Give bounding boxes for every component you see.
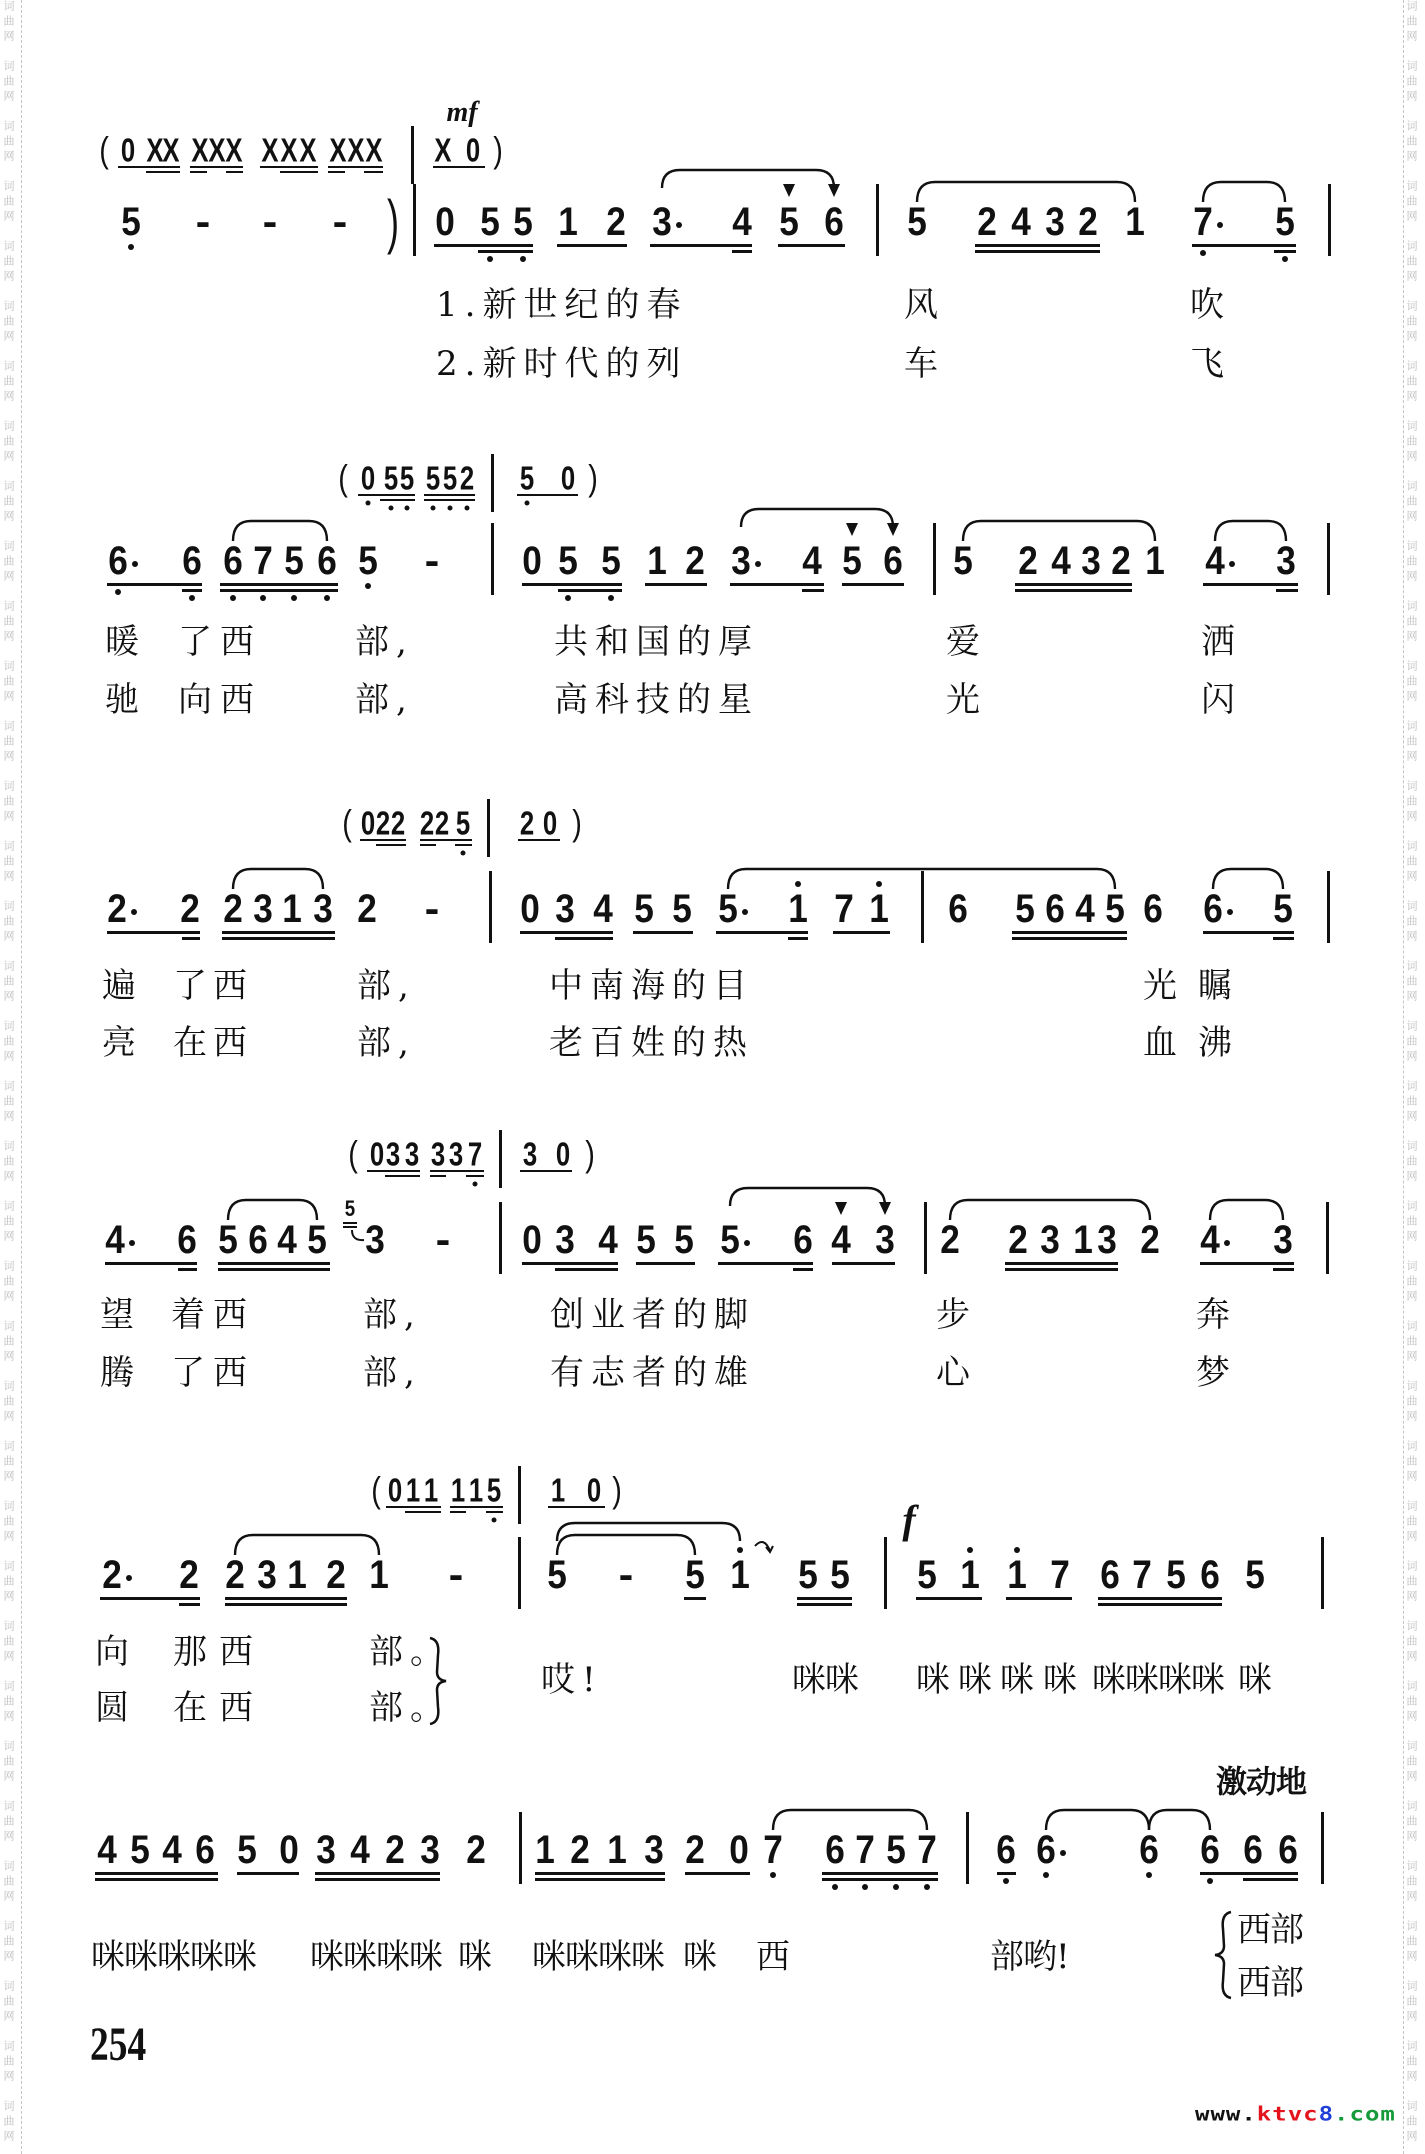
octave-dot-below <box>291 595 297 601</box>
lyric: 部, <box>357 1026 416 1060</box>
side-watermark-char: 词 <box>4 1501 15 1512</box>
note: 2 <box>685 1830 705 1870</box>
side-watermark-char: 词 <box>4 1621 15 1632</box>
side-watermark-char: 曲 <box>4 1036 15 1047</box>
side-watermark-char: 词 <box>1407 901 1418 912</box>
accent-mark <box>828 184 840 197</box>
intro-note: 3 <box>449 1138 463 1171</box>
side-watermark-char: 词 <box>4 121 15 132</box>
intro-note: X <box>146 134 163 167</box>
side-watermark-char: 曲 <box>1407 2056 1418 2067</box>
side-watermark-char: 网 <box>4 1171 15 1182</box>
rest: 0 <box>121 134 135 167</box>
duration-underline <box>430 1170 484 1172</box>
side-watermark-char: 词 <box>1407 1261 1418 1272</box>
side-watermark-char: 网 <box>4 1111 15 1122</box>
slur <box>557 1535 695 1555</box>
intro-note: 2 <box>460 462 474 495</box>
note: 3 <box>1040 1220 1060 1260</box>
side-watermark-char: 曲 <box>4 1756 15 1767</box>
duration-dash: - <box>425 541 440 581</box>
duration-underline <box>555 1268 618 1271</box>
lyric: 西 <box>220 625 254 659</box>
side-watermark-char: 网 <box>4 151 15 162</box>
note: 5 <box>237 1830 257 1870</box>
side-watermark-char: 曲 <box>1407 316 1418 327</box>
side-watermark-char: 曲 <box>4 856 15 867</box>
note: 2 <box>225 1555 245 1595</box>
note: 5 <box>1245 1555 1265 1595</box>
parenthesis: ) <box>612 1472 622 1508</box>
lyric: 沸 <box>1198 1026 1232 1060</box>
side-watermark-char: 词 <box>4 61 15 72</box>
octave-dot-below <box>260 595 266 601</box>
rest: 0 <box>361 462 375 495</box>
side-watermark-char: 曲 <box>4 1156 15 1167</box>
duration-underline <box>1005 1262 1118 1265</box>
lyric: 部, <box>355 625 414 659</box>
duration-underline <box>1015 583 1132 586</box>
note: 1 <box>788 889 808 929</box>
lyric: 咪 <box>958 1663 992 1697</box>
side-watermark-char: 网 <box>4 511 15 522</box>
duration-underline <box>434 244 533 247</box>
duration-dash: - <box>449 1555 464 1595</box>
note: 6 <box>825 1830 845 1870</box>
side-watermark-char: 曲 <box>1407 1396 1418 1407</box>
note: 5 <box>907 202 927 242</box>
accent-mark <box>879 1202 891 1215</box>
note: 1 <box>535 1830 555 1870</box>
slur <box>963 521 1155 541</box>
octave-dot-below <box>862 1884 868 1890</box>
note: 4 <box>162 1830 182 1870</box>
note: 1 <box>558 202 578 242</box>
lyric: 暖 <box>105 625 139 659</box>
slur <box>730 1188 885 1206</box>
octave-dot-above <box>967 1547 973 1553</box>
duration-underline <box>822 1872 938 1875</box>
side-watermark-char: 曲 <box>4 556 15 567</box>
side-watermark-char: 曲 <box>1407 1276 1418 1287</box>
lyric: 腾 <box>100 1356 134 1390</box>
side-watermark-char: 词 <box>1407 1801 1418 1812</box>
duration-underline <box>557 244 627 247</box>
duration-underline <box>548 1506 605 1508</box>
intro-note: X <box>261 134 278 167</box>
octave-dot-below <box>1003 1878 1009 1884</box>
side-watermark-char: 曲 <box>1407 1216 1418 1227</box>
barline <box>1327 871 1330 943</box>
side-watermark-char: 词 <box>4 781 15 792</box>
side-watermark-char: 词 <box>4 421 15 432</box>
duration-underline <box>522 583 622 586</box>
lyric: 奔 <box>1196 1298 1230 1332</box>
note: 5 <box>121 202 141 242</box>
note: 2 <box>102 1555 122 1595</box>
side-watermark-char: 词 <box>4 301 15 312</box>
side-watermark-char: 词 <box>1407 961 1418 972</box>
lyric: 高科技的星 <box>554 683 759 717</box>
side-watermark-char: 词 <box>1407 1141 1418 1152</box>
side-watermark-char: 网 <box>4 91 15 102</box>
note: 2 <box>357 889 377 929</box>
note: 3 <box>652 202 672 242</box>
intro-note: X <box>347 134 364 167</box>
note: 5 <box>685 1555 705 1595</box>
side-watermark-char: 词 <box>4 1981 15 1992</box>
rest: 0 <box>520 889 540 929</box>
barline <box>921 871 924 943</box>
duration-underline <box>315 1878 440 1881</box>
duration-dash: - <box>196 202 211 242</box>
side-watermark-char: 词 <box>4 1261 15 1272</box>
page-number: 254 <box>90 2021 146 2069</box>
note: 7 <box>1132 1555 1152 1595</box>
lyric: 咪 <box>1238 1663 1272 1697</box>
barline <box>491 454 494 512</box>
intro-note: 1 <box>469 1474 483 1507</box>
slur <box>1210 1200 1283 1220</box>
duration-underline <box>433 166 485 168</box>
duration-underline <box>179 1603 200 1606</box>
intro-note: 3 <box>405 1138 419 1171</box>
rest: 0 <box>435 202 455 242</box>
side-watermark-char: 词 <box>4 841 15 852</box>
parenthesis: ) <box>387 192 399 252</box>
note: 5 <box>886 1830 906 1870</box>
barline <box>1327 523 1330 595</box>
lyric: 共和国的厚 <box>554 625 759 659</box>
note: 6 <box>177 1220 197 1260</box>
duration-underline <box>1273 937 1294 940</box>
duration-underline <box>218 1268 330 1271</box>
side-watermark-char: 网 <box>1407 211 1418 222</box>
note: 6 <box>793 1220 813 1260</box>
duration-underline <box>1243 1878 1298 1881</box>
octave-dot-below <box>448 506 453 511</box>
lyric: 部。 <box>369 1691 451 1725</box>
side-watermark-char: 曲 <box>1407 76 1418 87</box>
augmentation-dot <box>755 561 761 567</box>
duration-underline <box>718 1262 813 1265</box>
parenthesis: ( <box>371 1472 381 1508</box>
side-watermark-char: 词 <box>1407 121 1418 132</box>
side-watermark-char: 网 <box>1407 91 1418 102</box>
note: 7 <box>1193 202 1213 242</box>
octave-dot-above <box>737 1547 743 1553</box>
note: 5 <box>558 541 578 581</box>
duration-underline <box>778 244 845 247</box>
lyric: 西 <box>219 1691 253 1725</box>
octave-dot-below <box>461 851 466 856</box>
side-watermark-char: 曲 <box>4 1816 15 1827</box>
side-watermark-char: 曲 <box>1407 376 1418 387</box>
lyric: 西 <box>213 969 247 1003</box>
side-watermark-char: 曲 <box>4 1396 15 1407</box>
note: 2 <box>107 889 127 929</box>
barline <box>518 1537 521 1609</box>
lyric: 西 <box>213 1026 247 1060</box>
duration-underline <box>685 1872 750 1875</box>
parenthesis: ) <box>588 460 598 496</box>
duration-underline <box>450 1511 466 1513</box>
duration-underline <box>797 1597 852 1600</box>
duration-underline <box>367 1170 420 1172</box>
note: 2 <box>685 541 705 581</box>
side-watermark-char: 网 <box>4 1531 15 1542</box>
duration-underline <box>430 1175 446 1177</box>
slur <box>773 1810 927 1830</box>
duration-underline <box>260 166 318 168</box>
side-watermark-char: 词 <box>4 1561 15 1572</box>
side-watermark-char: 网 <box>4 1351 15 1362</box>
rest: 0 <box>561 462 575 495</box>
side-watermark-char: 网 <box>1407 1891 1418 1902</box>
lyric: 遍 <box>102 969 136 1003</box>
note: 5 <box>1105 889 1125 929</box>
side-watermark-char: 词 <box>4 1021 15 1032</box>
duration-underline <box>376 844 406 846</box>
side-watermark-char: 曲 <box>4 1456 15 1467</box>
accent-mark <box>887 523 899 536</box>
site-watermark: www.ktvc8.com <box>1195 2104 1396 2123</box>
lyric: 亮 <box>102 1026 136 1060</box>
side-watermark-char: 曲 <box>4 1216 15 1227</box>
side-watermark-char: 曲 <box>1407 556 1418 567</box>
duration-underline <box>358 494 415 496</box>
side-watermark-char: 词 <box>1407 181 1418 192</box>
rest: 0 <box>361 807 375 840</box>
side-watermark-char: 曲 <box>4 16 15 27</box>
side-watermark-char: 曲 <box>1407 136 1418 147</box>
side-watermark-char: 词 <box>1407 1861 1418 1872</box>
barline <box>1321 1537 1324 1609</box>
duration-underline <box>420 839 472 841</box>
side-watermark-char: 网 <box>1407 451 1418 462</box>
side-watermark-char: 曲 <box>1407 436 1418 447</box>
octave-dot-below <box>366 501 371 506</box>
octave-dot-below <box>1207 1878 1213 1884</box>
side-watermark-char: 网 <box>1407 1651 1418 1662</box>
side-watermark-char: 网 <box>1407 1231 1418 1242</box>
side-watermark-char: 网 <box>4 2131 15 2142</box>
side-watermark-char: 曲 <box>4 196 15 207</box>
side-watermark-char: 网 <box>4 1411 15 1422</box>
note: 6 <box>1200 1555 1220 1595</box>
note: 3 <box>313 889 333 929</box>
side-watermark-char: 曲 <box>4 676 15 687</box>
augmentation-dot <box>131 909 137 915</box>
note: 5 <box>513 202 533 242</box>
slur <box>741 509 893 527</box>
parenthesis: ) <box>585 1136 595 1172</box>
barline <box>1328 184 1331 256</box>
note: 1 <box>647 541 667 581</box>
intro-note: 2 <box>376 807 390 840</box>
side-watermark-char: 曲 <box>1407 1156 1418 1167</box>
duration-underline <box>360 839 406 841</box>
note: 5 <box>672 889 692 929</box>
augmentation-dot <box>1217 222 1223 228</box>
note: 7 <box>1050 1555 1070 1595</box>
side-watermark-char: 曲 <box>1407 1096 1418 1107</box>
note: 7 <box>917 1830 937 1870</box>
rest: 0 <box>556 1138 570 1171</box>
right-dashed-border <box>1403 0 1404 2154</box>
side-watermark-char: 网 <box>1407 691 1418 702</box>
duration-underline <box>280 171 318 173</box>
side-watermark-char: 网 <box>1407 331 1418 342</box>
side-watermark-char: 曲 <box>1407 1816 1418 1827</box>
note: 3 <box>365 1220 385 1260</box>
side-watermark-char: 网 <box>4 1891 15 1902</box>
note: 5 <box>720 1220 740 1260</box>
duration-underline <box>107 931 200 934</box>
note: 5 <box>547 1555 567 1595</box>
parenthesis: ) <box>493 132 503 168</box>
note: 5 <box>307 1220 327 1260</box>
lyric: 着 <box>171 1298 205 1332</box>
side-watermark-char: 网 <box>1407 1831 1418 1842</box>
intro-note: 2 <box>435 807 449 840</box>
slur <box>917 182 1135 202</box>
side-watermark-char: 曲 <box>1407 496 1418 507</box>
intro-note: X <box>162 134 179 167</box>
side-watermark-char: 曲 <box>1407 1936 1418 1947</box>
duration-underline <box>146 171 180 173</box>
side-watermark-char: 曲 <box>1407 1036 1418 1047</box>
note: 3 <box>420 1830 440 1870</box>
side-watermark-char: 曲 <box>1407 1636 1418 1647</box>
lyric: 1.新世纪的春 <box>436 288 687 322</box>
duration-underline <box>424 494 475 496</box>
side-watermark-char: 网 <box>1407 1111 1418 1122</box>
slur <box>1149 1810 1210 1830</box>
side-watermark-char: 词 <box>1407 1021 1418 1032</box>
note: 2 <box>570 1830 590 1870</box>
side-watermark-char: 网 <box>4 691 15 702</box>
lyric: 咪咪咪咪咪 <box>91 1940 256 1974</box>
note: 4 <box>1075 889 1095 929</box>
note: 2 <box>180 889 200 929</box>
augmentation-dot <box>129 1240 135 1246</box>
duration-underline <box>1200 1262 1294 1265</box>
note: 5 <box>1166 1555 1186 1595</box>
side-watermark-char: 曲 <box>4 1516 15 1527</box>
note: 5 <box>480 202 500 242</box>
slur <box>557 1523 740 1541</box>
duration-underline <box>328 166 383 168</box>
side-watermark-char: 网 <box>1407 871 1418 882</box>
side-watermark-char: 曲 <box>4 1636 15 1647</box>
duration-underline <box>190 171 207 173</box>
side-watermark-char: 曲 <box>4 256 15 267</box>
duration-underline <box>520 931 613 934</box>
lyric: 步 <box>936 1298 970 1332</box>
duration-underline <box>95 1872 218 1875</box>
note: 3 <box>1081 541 1101 581</box>
octave-dot-below <box>473 1182 478 1187</box>
duration-underline <box>225 1603 347 1606</box>
note: 5 <box>842 541 862 581</box>
lyric: 梦 <box>1196 1356 1230 1390</box>
duration-dash: - <box>436 1220 451 1260</box>
note: 4 <box>732 202 752 242</box>
side-watermark-char: 曲 <box>4 376 15 387</box>
side-watermark-char: 词 <box>1407 301 1418 312</box>
intro-note: 2 <box>391 807 405 840</box>
note: 6 <box>1200 1830 1220 1870</box>
slur <box>662 170 834 188</box>
note: 7 <box>834 889 854 929</box>
side-watermark-char: 词 <box>1407 1501 1418 1512</box>
duration-underline <box>328 171 345 173</box>
note: 5 <box>218 1220 238 1260</box>
intro-note: 5 <box>400 462 414 495</box>
duration-underline <box>107 583 202 586</box>
duration-underline <box>364 171 383 173</box>
note: 6 <box>1203 889 1223 929</box>
note: 6 <box>195 1830 215 1870</box>
duration-underline <box>182 937 200 940</box>
barline <box>1321 1812 1324 1884</box>
note: 2 <box>385 1830 405 1870</box>
side-watermark-char: 词 <box>4 601 15 612</box>
side-watermark-char: 词 <box>4 481 15 492</box>
side-watermark-char: 词 <box>4 1681 15 1692</box>
note: 5 <box>284 541 304 581</box>
duration-underline <box>833 931 890 934</box>
lyric: 咪咪 <box>792 1663 858 1697</box>
note: 4 <box>277 1220 297 1260</box>
side-watermark-char: 词 <box>4 1 15 12</box>
slur <box>950 1200 1150 1220</box>
side-watermark-char: 网 <box>1407 391 1418 402</box>
side-watermark-char: 词 <box>4 1381 15 1392</box>
side-watermark-char: 网 <box>1407 2011 1418 2022</box>
duration-underline <box>315 1872 440 1875</box>
duration-underline <box>1005 1268 1118 1271</box>
lyric: 了 <box>178 625 212 659</box>
duration-underline <box>650 244 752 247</box>
lyric: 那 <box>173 1635 207 1669</box>
side-watermark-char: 词 <box>1407 1741 1418 1752</box>
side-watermark-char: 网 <box>4 451 15 462</box>
note: 4 <box>105 1220 125 1260</box>
duration-underline <box>225 1597 347 1600</box>
side-watermark-char: 网 <box>4 391 15 402</box>
side-watermark-char: 曲 <box>4 736 15 747</box>
note: 1 <box>960 1555 980 1595</box>
watermark-part: www. <box>1195 2103 1257 2125</box>
lyric: 西部 <box>1237 1913 1303 1947</box>
intro-note: X <box>225 134 242 167</box>
side-watermark-char: 词 <box>4 241 15 252</box>
lyric: 咪 <box>916 1663 950 1697</box>
lyric: 西 <box>220 683 254 717</box>
rest: 0 <box>466 134 480 167</box>
barline <box>933 523 936 595</box>
lyric: 部, <box>363 1298 422 1332</box>
note: 6 <box>223 541 243 581</box>
intro-note: 3 <box>386 1138 400 1171</box>
note: 6 <box>1036 1830 1056 1870</box>
octave-dot-below <box>365 583 371 589</box>
note: 4 <box>831 1220 851 1260</box>
augmentation-dot <box>1224 1240 1230 1246</box>
note: 1 <box>1125 202 1145 242</box>
